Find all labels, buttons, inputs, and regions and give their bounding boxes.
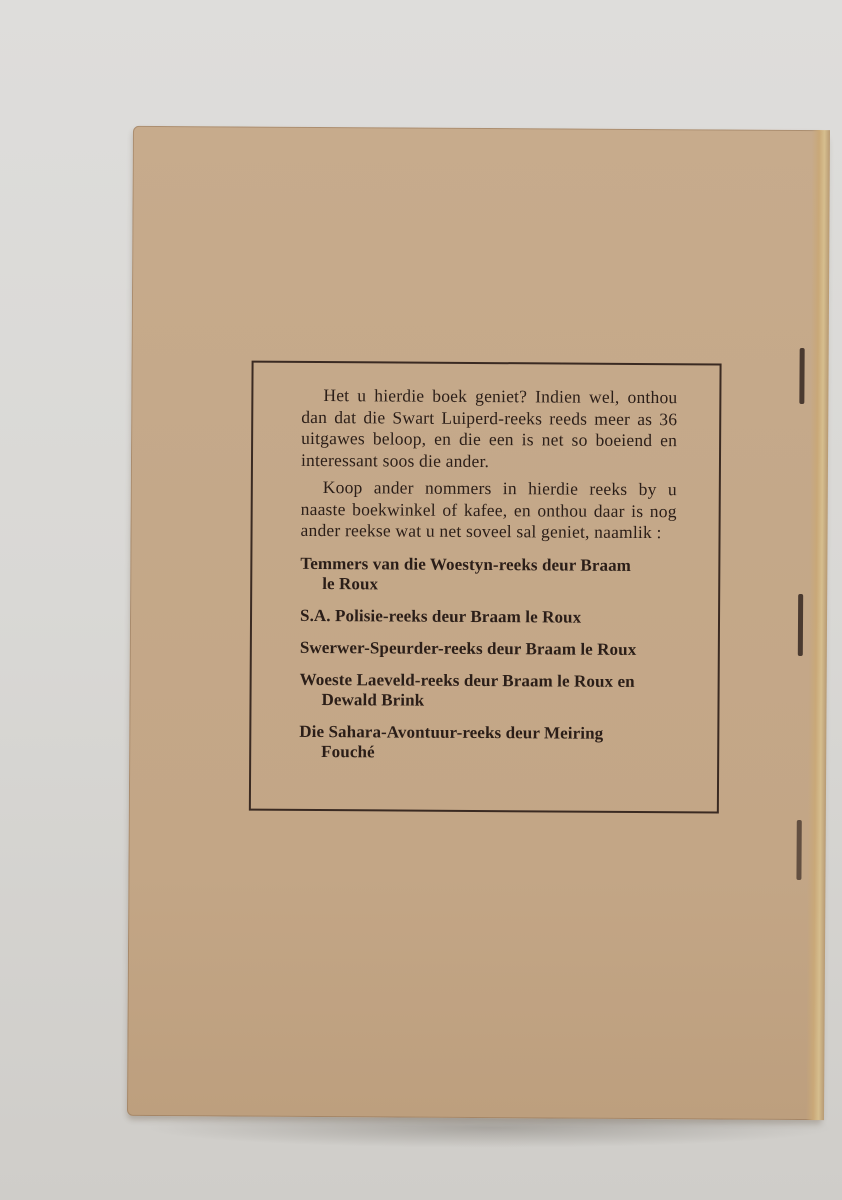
advertisement-box: Het u hierdie boek geniet? Indien wel, o… (249, 361, 722, 814)
series-item: Temmers van die Woestyn-reeks deur Braam… (300, 553, 676, 595)
series-item: Woeste Laeveld-reeks deur Braam le Roux … (299, 669, 675, 711)
staple-middle (798, 594, 803, 656)
series-title: Die Sahara-Avontuur-reeks deur Meiring (299, 721, 603, 742)
series-title: Temmers van die Woestyn-reeks deur Braam (300, 553, 631, 574)
series-author-continued: Fouché (299, 741, 675, 763)
series-author-continued: Dewald Brink (299, 689, 675, 711)
staple-bottom (796, 820, 801, 880)
series-item: Swerwer-Speurder-reeks deur Braam le Rou… (300, 637, 676, 659)
staple-top (799, 348, 804, 404)
series-item: Die Sahara-Avontuur-reeks deur Meiring F… (299, 721, 675, 763)
series-item: S.A. Polisie-reeks deur Braam le Roux (300, 605, 676, 627)
intro-paragraph: Het u hierdie boek geniet? Indien wel, o… (301, 385, 678, 473)
buy-more-paragraph: Koop ander nommers in hierdie reeks by u… (300, 477, 676, 544)
series-title: S.A. Polisie-reeks deur Braam le Roux (300, 605, 581, 626)
book-back-cover: Het u hierdie boek geniet? Indien wel, o… (127, 126, 828, 1120)
worn-spine-edge (806, 130, 830, 1120)
series-title: Woeste Laeveld-reeks deur Braam le Roux … (300, 669, 635, 690)
series-title: Swerwer-Speurder-reeks deur Braam le Rou… (300, 637, 637, 658)
series-author-continued: le Roux (300, 573, 676, 595)
